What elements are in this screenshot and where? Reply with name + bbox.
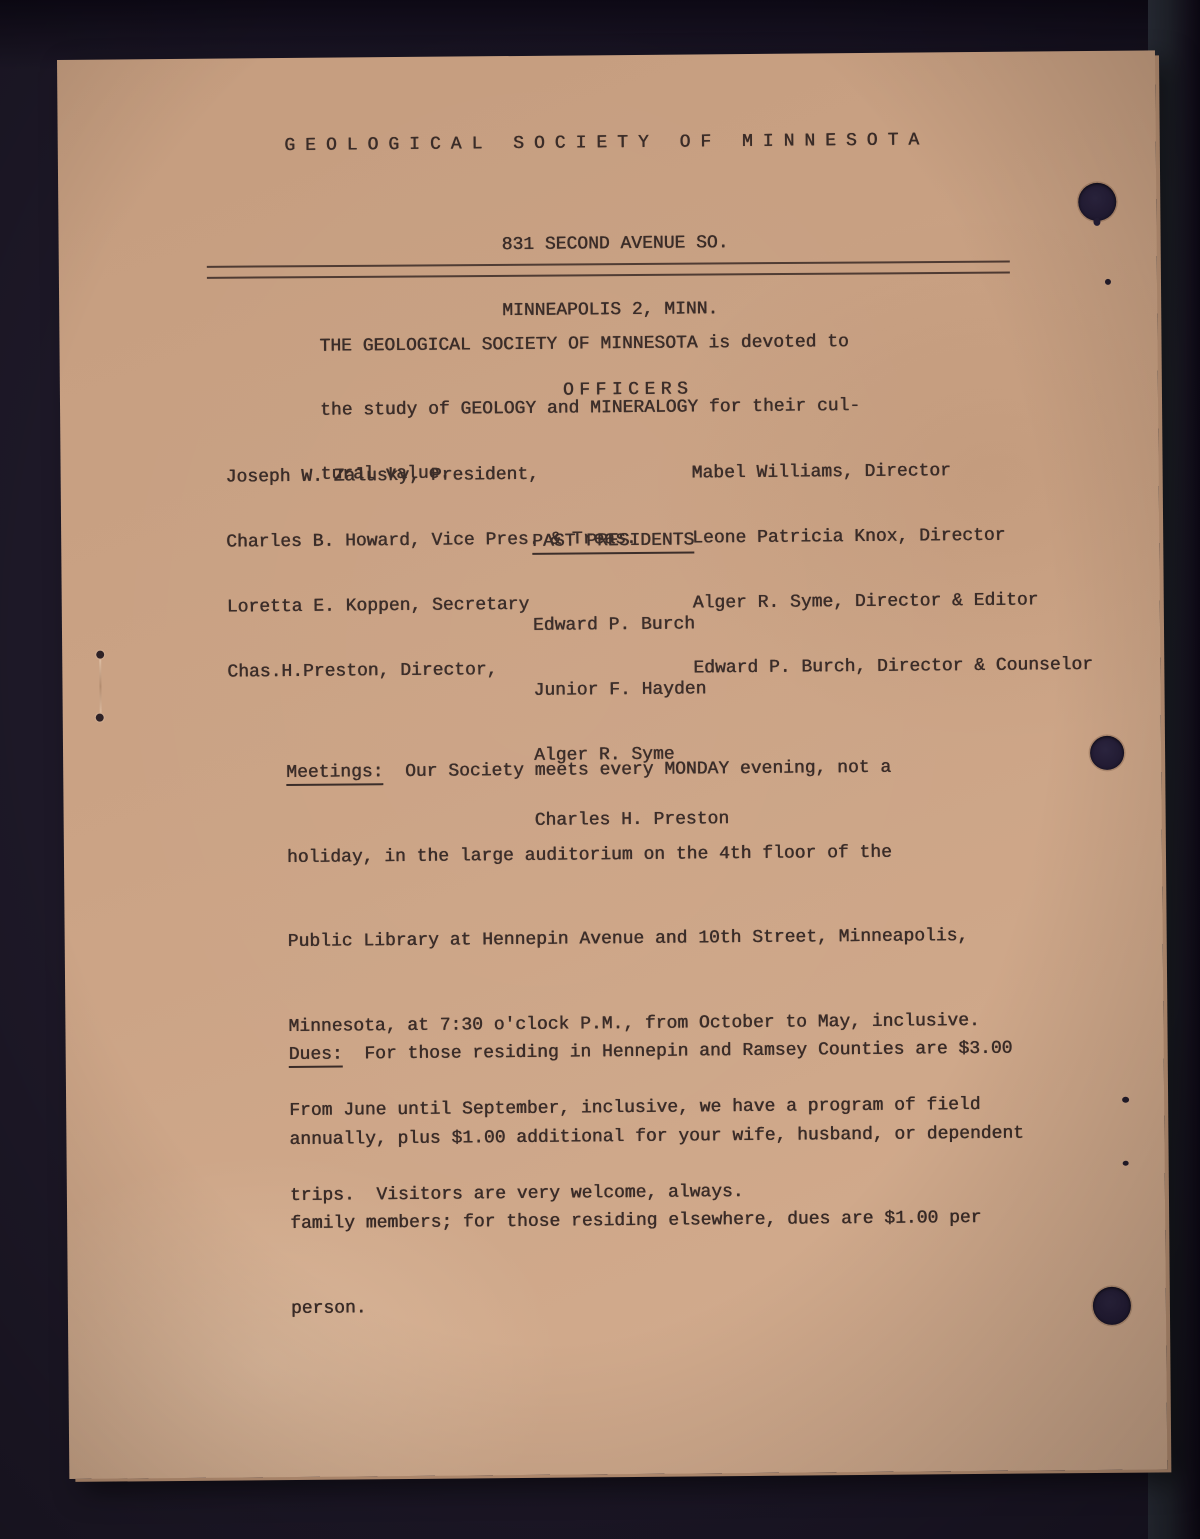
dues-line: annually, plus $1.00 additional for your… [289, 1123, 1024, 1150]
officer-entry: Mabel Williams, Director [692, 460, 1092, 485]
meetings-line: Public Library at Hennepin Avenue and 10… [288, 926, 979, 953]
punch-hole-middle [1090, 736, 1124, 770]
dues-label: Dues: [289, 1045, 343, 1068]
meetings-line: holiday, in the large auditorium on the … [287, 842, 978, 869]
dues-first-line: Dues: For those residing in Hennepin and… [289, 1039, 1024, 1066]
meetings-first-line: Meetings: Our Society meets every MONDAY… [286, 757, 977, 784]
punch-hole-top [1078, 183, 1116, 221]
officer-entry: Alger R. Syme, Director & Editor [693, 590, 1093, 615]
paper-speck [1105, 279, 1111, 285]
address-line-1: 831 SECOND AVENUE SO. [502, 232, 729, 256]
officer-entry: Joseph W. Zalusky, President, [226, 464, 637, 489]
officer-entry: Leone Patricia Knox, Director [692, 525, 1092, 550]
punch-hole-bottom [1093, 1287, 1131, 1325]
past-president-entry: Edward P. Burch [533, 614, 728, 637]
paper-speck [1123, 1161, 1129, 1166]
officers-column-right: Mabel Williams, Director Leone Patricia … [691, 417, 1093, 723]
paper-speck [1122, 1097, 1129, 1103]
past-president-entry: Junior F. Hayden [533, 679, 728, 702]
punch-hole-tear [1093, 218, 1100, 226]
document-paper: GEOLOGICAL SOCIETY OF MINNESOTA 831 SECO… [57, 50, 1167, 1479]
double-rule-divider [207, 261, 1010, 279]
staple-hole-top [96, 651, 104, 659]
staple-hole-bottom [96, 714, 104, 722]
intro-line: THE GEOLOGICAL SOCIETY OF MINNESOTA is d… [319, 332, 859, 358]
meetings-label: Meetings: [286, 762, 383, 786]
officer-entry: Edward P. Burch, Director & Counselor [693, 655, 1093, 680]
scanned-page-background: { "colors": { "paper": "#cba385", "backg… [0, 0, 1200, 1539]
officers-heading: OFFICERS [563, 379, 694, 400]
officers-list: Joseph W. Zalusky, President, Charles B.… [225, 417, 1126, 517]
dues-paragraph: Dues: For those residing in Hennepin and… [288, 999, 1026, 1384]
dues-line: person. [291, 1292, 1026, 1319]
staple-crease [99, 660, 101, 713]
dues-line: family members; for those residing elsew… [290, 1208, 1025, 1235]
past-presidents-heading: PAST PRESIDENTS [532, 530, 694, 551]
page-title: GEOLOGICAL SOCIETY OF MINNESOTA [58, 128, 1156, 158]
